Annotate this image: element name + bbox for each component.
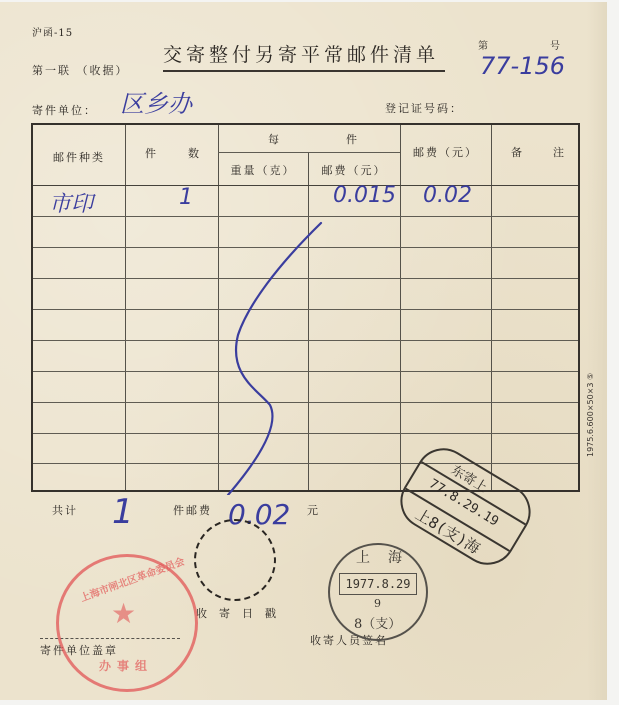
header-remarks-right: 注 bbox=[553, 144, 566, 160]
round-postmark: 上海 1977.8.29 9 8（支） bbox=[328, 543, 428, 641]
postmark-hour: 9 bbox=[374, 597, 381, 610]
serial-suffix: 号 bbox=[550, 37, 561, 52]
star-icon: ★ bbox=[111, 597, 136, 630]
header-remarks-left: 备 bbox=[511, 144, 524, 160]
void-line-mark bbox=[218, 215, 338, 495]
document-sheet: 沪函-15 第一联 （收据） 交寄整付另寄平常邮件清单 第 号 77-156 寄… bbox=[0, 2, 607, 700]
date-stamp-label: 收寄日戳 bbox=[196, 605, 288, 621]
serial-number: 77-156 bbox=[480, 52, 565, 80]
total-count: 1 bbox=[112, 492, 134, 532]
serial-prefix: 第 bbox=[478, 37, 489, 52]
header-bottom-line bbox=[33, 185, 578, 186]
total-label: 共计 bbox=[52, 502, 78, 518]
form-code: 沪函-15 bbox=[32, 24, 73, 39]
paper-edge bbox=[587, 2, 607, 700]
header-postage: 邮费（元） bbox=[400, 144, 491, 160]
header-per-item-right: 件 bbox=[346, 131, 359, 147]
col-divider bbox=[491, 125, 492, 490]
col-divider bbox=[400, 125, 401, 490]
row-1-postage: 0.02 bbox=[423, 183, 472, 208]
header-subdivider bbox=[218, 152, 400, 153]
header-weight: 重量（克） bbox=[218, 162, 308, 178]
postmark-office: 8（支） bbox=[354, 613, 401, 632]
document-title: 交寄整付另寄平常邮件清单 bbox=[163, 40, 445, 72]
mail-list-table: 邮件种类 件 数 每 件 重量（克） 邮费（元） 邮费（元） 备 注 市印 1 … bbox=[31, 123, 580, 492]
postage-label: 件邮费 bbox=[173, 502, 212, 518]
sender-unit-label: 寄件单位： bbox=[32, 102, 97, 118]
registration-label: 登记证号码： bbox=[385, 100, 463, 116]
header-count-left: 件 bbox=[145, 145, 158, 161]
col-divider bbox=[125, 125, 126, 490]
header-per-item-left: 每 bbox=[268, 131, 281, 147]
print-note: 1975.6.600×50×3 ⑤ bbox=[586, 373, 595, 457]
header-mail-type: 邮件种类 bbox=[33, 149, 125, 165]
copy-label: 第一联 （收据） bbox=[32, 62, 129, 78]
row-1-count: 1 bbox=[179, 185, 193, 210]
header-unit-postage: 邮费（元） bbox=[308, 162, 400, 178]
red-seal-subtext: 办事组 bbox=[99, 657, 153, 674]
postmark-city: 上海 bbox=[356, 547, 420, 567]
header-count-right: 数 bbox=[188, 145, 201, 161]
postmark-date: 1977.8.29 bbox=[339, 573, 417, 595]
red-official-seal: ★ 上海市闸北区革命委员会 办事组 bbox=[56, 554, 198, 692]
row-1-mail-type: 市印 bbox=[49, 187, 93, 218]
date-stamp-circle bbox=[194, 519, 276, 601]
row-1-unit-postage: 0.015 bbox=[333, 183, 396, 208]
currency-label: 元 bbox=[307, 502, 320, 518]
sender-unit-value: 区乡办 bbox=[120, 84, 192, 119]
